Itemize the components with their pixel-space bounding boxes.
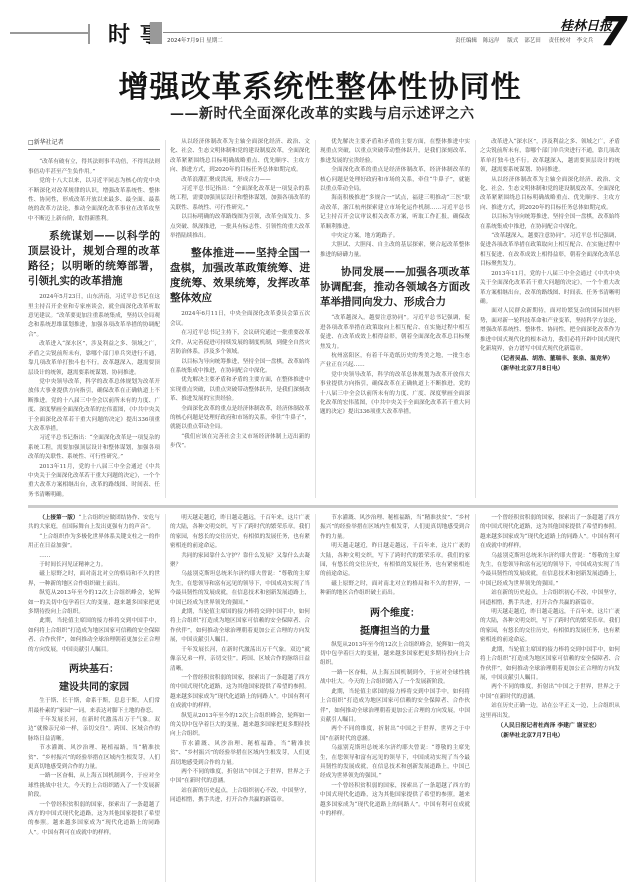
paragraph: 明天越走越近，昨日越走越远，千百年来，这片广袤的大陆，各种文明交织，写下了跨时代… [320, 542, 470, 580]
masthead-tick [88, 24, 90, 44]
reporter-credit: （记者吴晶、胡浩、董瑞丰、张泉、温竞华） [480, 354, 620, 364]
column-divider [165, 514, 166, 882]
paragraph: …… [28, 552, 160, 561]
column-divider [315, 514, 316, 882]
paragraph: 改革进入“深水区”，涉及利益之多、领域之广，矛盾之尖锐前所未有，靠哪个部门单兵突… [28, 340, 160, 378]
section-marker-block [150, 22, 162, 44]
paragraph: 改革进入“深水区”，涉及利益之多、领域之广，矛盾之尖锐前所未有，靠哪个部门单兵突… [480, 138, 620, 176]
paragraph: 乌兹别克斯坦总统米尔济约耶夫曾说：“尊敬的主席先生，在您领导和富有远见的领导下，… [480, 552, 620, 590]
paragraph: 一个曾经积贫积弱的国家，探索出了一条超越了西方的中国式现代化道路，这为其他国家提… [320, 782, 470, 820]
column-divider [475, 140, 476, 498]
reporter-credit: （人民日报记者杜尚泽 李建广 谢亚宏） [480, 721, 620, 731]
issue-date: 2024年7月9日 星期二 [167, 36, 223, 44]
section-heading: 整体推进——坚持全国一盘棋，加强改革政策统筹、进度统筹、效果统筹，发挥改革整体效… [170, 246, 310, 306]
paragraph: 站在新的历史起点，上合组织初心不改，中国坚守，同道相惜，携手共进，打开合作共赢的… [480, 589, 620, 608]
section-heading-line1: 两个维度： [320, 605, 470, 623]
paragraph: 纵览从2013年至今的12次上合组织峰会，轮辉如一的关切中包孕着巨大的变量，越来… [170, 712, 310, 740]
section-title: 时事 [108, 18, 172, 49]
paragraph: “改革有破有立，得其法则事半功倍，不得其法则事倍功半甚至产生负作用。” [28, 158, 160, 177]
paragraph: 生于斯、长于斯，命系于斯，息息于斯，人们常用最朴素的“家园”一词，来表达对脚下土… [28, 697, 160, 716]
article2-column-3: 节水灌溉、风沙治理、秘植福路，当“精准扶贫”、“乡村振兴”的经验举措在区域内生根… [320, 514, 470, 886]
paragraph: 党中央领导改革，科学的改革总体规划为改革开放伟大事业提供方向指引，确保改革在正确… [28, 378, 160, 434]
section-heading-line1: 两块基石： [28, 661, 160, 679]
paragraph: 以目标明确的改革路线图为引领，改革全面发力、多点突破、纵深推进，一批具有标志性、… [170, 213, 310, 241]
paragraph: “改革越深入，越要注意协同”。习近平总书记强调，促进各项改革举措在政策取向上相互… [320, 314, 470, 352]
paragraph: 习近平总书记指出：“全面深化改革是一项复杂的系统工程，需要加强顶层设计和整体谋划… [170, 185, 310, 213]
article2-column-1: （上接第一版）“上合组织应做团结协作、安危与共的大家庭，在国际舞台上发出更强有力… [28, 514, 160, 886]
article1-column-3: 优先解决主要矛盾和矛盾的主要方面，在整体推进中实现重点突破，以重点突破带动整体跃… [320, 138, 470, 500]
section-heading-line2: 挺膺担当的力量 [320, 623, 470, 641]
paragraph: “上合组织作为多极化世界体系关键支柱之一的作用正在日益加强”。 [28, 533, 160, 552]
paragraph: 中央定方案，地方跑路子。 [320, 232, 470, 241]
paragraph: （上接第一版）“上合组织应做团结协作、安危与共的大家庭，在国际舞台上发出更强有力… [28, 514, 160, 533]
section-heading: 协同发展——加强各项改革协调配套，推动各领域各方面改革举措同向发力、形成合力 [320, 265, 470, 310]
paragraph: 改革浪潮汇聚成洪流，形成合力—— [170, 176, 310, 185]
paragraph: 明天越走越近，昨日越走越远，千百年来，这片广袤的大陆，各种文明交织，写下了跨时代… [170, 514, 310, 552]
paragraph: 节水灌溉、风沙治理、秘植福路，当“精准扶贫”、“乡村振兴”的经验举措在区域内生根… [170, 740, 310, 768]
paragraph: 大胆试、大胆闯、自主改的基层探索，聚合起改革整体推进的磅礴力量。 [320, 241, 470, 260]
paragraph: 明天越走越近，昨日越走越远，千百年来，这片广袤的大陆，各种文明交织，写下了跨时代… [480, 608, 620, 646]
paragraph: 节水灌溉、风沙治理、秘植福路，当“精准扶贫”、“乡村振兴”的经验举措在区域内生根… [320, 514, 470, 542]
credit-name: 陈远岸 [483, 38, 500, 44]
paragraph: 一个曾经积贫积弱的国家，探索出了一条超越了西方的中国式现代化道路，这为其他国家提… [480, 514, 620, 552]
paragraph: 站在新的历史起点，上合组织初心不改，中国坚守，同道相惜，携手共进，打开合作共赢的… [170, 787, 310, 806]
section-heading-line2: 建设共同的家园 [28, 679, 160, 697]
masthead-left-rule [10, 32, 88, 34]
credit-name: 李文兵 [577, 38, 594, 44]
paragraph: 以目标为导向统筹推进，坚持全国一盘棋，改革始终在系统集成中推进，在协同配合中深化… [480, 213, 620, 232]
paragraph: 2013年11月，党的十八届三中全会通过《中共中央关于全面深化改革若干重大问题的… [480, 270, 620, 308]
paragraph: 千年发展长河，在新时代激荡出万千气象。双边“就像亲兄弟一样，亲切交往”。跨国、区… [170, 646, 310, 674]
credit-label: 责任校对 [549, 38, 571, 44]
paragraph: 一路一区奋楫，从上海五国机制到今，于应对全球性挑战中壮大。今天的上合组织踏入了一… [28, 772, 160, 800]
paragraph: 2013年11月，党的十八届三中全会通过《中共中央关于全面深化改革若干重大问题的… [28, 463, 160, 500]
paragraph: 节水灌溉、风沙治理、秘植福路，当“精准扶贫”、“乡村振兴”的经验举措在区域内生根… [28, 744, 160, 772]
paragraph: 此期，当轮值主席国的接力棒将交到中国手中，如何将上合组织“打造成为地区国家可信赖… [480, 646, 620, 684]
paragraph: 纵览从2013年至今的12次上合组织峰会，轮辉如一的关切中包孕着巨大的变量，越来… [28, 589, 160, 617]
article1-column-4: 改革进入“深水区”，涉及利益之多、领域之广，矛盾之尖锐前所未有，靠哪个部门单兵突… [480, 138, 620, 500]
column-divider [165, 140, 166, 498]
paragraph: 两个不同的维度，折射出“中国之于世界，世界之于中国”在新时代的意涵。 [320, 725, 470, 744]
paragraph: 2024年6月11日，中央全面深化改革委员会第五次会议。 [170, 310, 310, 329]
article-headline: 增强改革系统性整体性协同性 [0, 62, 640, 106]
credit-label: 责任编辑 [455, 38, 477, 44]
credit-name: 部艺田 [524, 38, 541, 44]
article-divider [28, 505, 618, 508]
paragraph: 习近平总书记指出：“全面深化改革是一项复杂的系统工程，需要加强顶层设计和整体谋划… [28, 434, 160, 462]
paragraph: 2024年5月23日，山东济南，习近平总书记在这里主持召开企业和专家座谈会，就全… [28, 293, 160, 340]
article2-column-4: 一个曾经积贫积弱的国家，探索出了一条超越了西方的中国式现代化道路，这为其他国家提… [480, 514, 620, 886]
article1-column-2: 从以经济体制改革为主轴全面深化经济、政治、文化、社会、生态文明体制和党的建设制度… [170, 138, 310, 500]
continued-from-label: （上接第一版） [39, 515, 78, 521]
paragraph: 此期，当轮值主席国的接力棒将交到中国手中，如何将上合组织“打造成为地区国家可信赖… [170, 608, 310, 646]
column-divider [315, 140, 316, 498]
paragraph: 两个不同的维度，折射出“中国之于世界，世界之于中国”在新时代的意涵。 [480, 683, 620, 702]
section-heading: 系统谋划——以科学的顶层设计，规划合理的改革路径；以明晰的统筹部署，引领扎实的改… [28, 229, 160, 289]
dateline-credit: （新华社北京7月8日电） [480, 364, 620, 374]
paragraph: 党的十八大以来，以习近平同志为核心的党中央不断深化对改革规律的认识，增强改革系统… [28, 177, 160, 224]
masthead-rule [163, 32, 618, 33]
column-divider [475, 514, 476, 882]
paragraph: 优先解决主要矛盾和矛盾的主要方面，在整体推进中实现重点突破，以重点突破带动整体跃… [170, 376, 310, 404]
paragraph: 磁上原野之时，面对南北对立的格局和不久的世界，一种新的地区合作组织破土而出。 [320, 580, 470, 599]
paragraph: 全面深化改革的重点是经济体制改革，经济体制改革的核心问题是处理好政府和市场的关系… [320, 166, 470, 194]
article2-column-2: 明天越走越近，昨日越走越远，千百年来，这片广袤的大陆，各种文明交织，写下了跨时代… [170, 514, 310, 886]
editorial-credits: 责任编辑陈远岸 版式部艺田 责任校对李文兵 [455, 36, 599, 44]
paragraph: 千年发展长河，在新时代激荡出万千气象。双边“就像亲兄弟一样，亲切交往”。跨国、区… [28, 716, 160, 744]
dateline-credit: （新华社北京7月7日电） [480, 731, 620, 741]
page-masthead: 时事 2024年7月9日 星期二 桂林日报 责任编辑陈远岸 版式部艺田 责任校对… [0, 0, 640, 60]
paragraph: 在习近平总书记主持下，会议研究通过一批重要改革文件，从完善促进可持续发展的制度机… [170, 329, 310, 357]
paragraph: 面对人民群众新期待，面对纷繁复杂的国际国内形势，面对新一轮科技革命和产业变革，坚… [480, 307, 620, 354]
paragraph: 优先解决主要矛盾和矛盾的主要方面，在整体推进中实现重点突破，以重点突破带动整体跃… [320, 138, 470, 166]
paragraph: 海南积极推进“多规合一”试点，福建三明推动“三医”联动改革，浙江杭州探索建立市场… [320, 194, 470, 232]
credit-label: 版式 [507, 38, 518, 44]
paragraph: “我们应该在完善社会主义市场经济体制上迈出新的步伐”。 [170, 433, 310, 452]
paragraph: 乌兹别克斯坦总统米尔济约耶夫曾说：“尊敬的主席先生，在您领导和富有远见的领导下，… [170, 570, 310, 608]
paragraph: 共同的家园靠什么守护？靠什么发展？又靠什么去凝聚？ [170, 552, 310, 571]
paragraph: “改革越深入，越要注意协同”。习近平总书记强调，促进各项改革举措在政策取向上相互… [480, 232, 620, 270]
paragraph: 纵览从2013年至今的12次上合组织峰会，轮辉如一的关切中包孕着巨大的变量，越来… [320, 641, 470, 669]
paragraph: 于时间长河见证精神之力。 [28, 561, 160, 570]
paragraph: 一个曾经积贫积弱的国家，探索出了一条超越了西方的中国式现代化道路，这为其他国家提… [170, 674, 310, 712]
paragraph: 站在历史正确一边，站在公平正义一边，上合组织从这里再出发。 [480, 702, 620, 721]
paragraph: 乌兹别克斯坦总统米尔济约耶夫曾说：“尊敬的主席先生，在您领导和富有远见的领导下，… [320, 744, 470, 782]
paragraph: 从以经济体制改革为主轴全面深化经济、政治、文化、社会、生态文明体制和党的建设制度… [170, 138, 310, 176]
article-subheadline: ——新时代全面深化改革的实践与启示述评之六 [170, 103, 500, 123]
paragraph: 此期，当轮值主席国的接力棒将交到中国手中，如何将上合组织“打造成为地区国家可信赖… [28, 617, 160, 655]
paragraph: 一个曾经积贫积弱的国家，探索出了一条超越了西方的中国式现代化道路，这为其他国家提… [28, 801, 160, 839]
paragraph: 磁上原野之时，面对南北对立的格局和不久的世界，一种新的地区合作组织破土而出。 [28, 570, 160, 589]
paragraph: 一路一区奋楫，从上海五国机制到今，于应对全球性挑战中壮大。今天的上合组织踏入了一… [320, 669, 470, 688]
paragraph: 杭州富阳区，有着千年造纸历史的秀美之地，一批生态产业正在兴起…… [320, 352, 470, 371]
page-number: 7 [600, 12, 628, 52]
paragraph: 党中央领导改革，科学的改革总体规划为改革开放伟大事业提供方向指引，确保改革在正确… [320, 371, 470, 418]
article1-column-1: □新华社记者 “改革有破有立，得其法则事半功倍，不得其法则事倍功半甚至产生负作用… [28, 138, 160, 500]
paragraph: 从以经济体制改革为主轴全面深化经济、政治、文化、社会、生态文明体制和党的建设制度… [480, 176, 620, 214]
paragraph: 此期，当轮值主席国的接力棒将交到中国手中，如何将上合组织“打造成为地区国家可信赖… [320, 688, 470, 726]
article-byline: □新华社记者 [28, 138, 160, 150]
paragraph: 以目标为导向统筹推进，坚持全国一盘棋，改革始终在系统集成中推进，在协同配合中深化… [170, 358, 310, 377]
paragraph: 全面深化改革的重点是经济体制改革，经济体制改革的核心问题是处理好政府和市场的关系… [170, 405, 310, 433]
paragraph: 两个不同的维度，折射出“中国之于世界，世界之于中国”在新时代的意涵。 [170, 768, 310, 787]
